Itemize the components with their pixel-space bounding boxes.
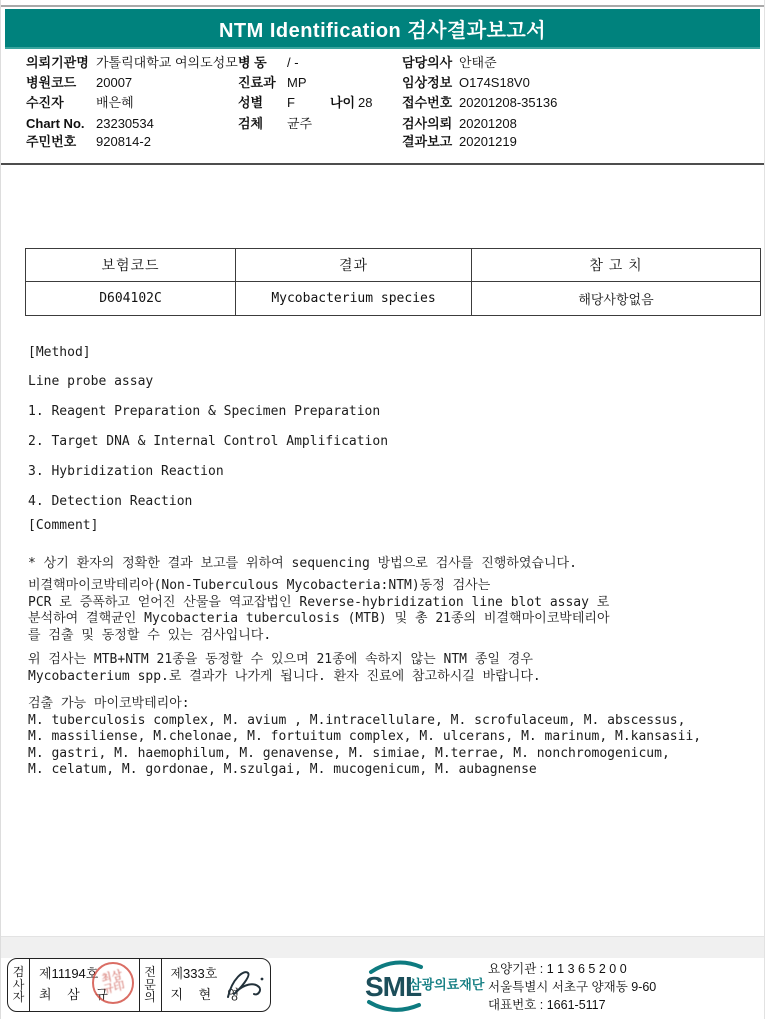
seal-ink: 최삼규印 bbox=[97, 970, 127, 997]
field-value-report-date: 20201219 bbox=[459, 134, 517, 149]
header-insurance-code: 보험코드 bbox=[26, 249, 236, 282]
header-divider bbox=[1, 163, 764, 165]
org-info-line: 대표번호 : 1661-5117 bbox=[488, 996, 656, 1014]
result-table-data-row: D604102C Mycobacterium species 해당사항없음 bbox=[26, 282, 761, 316]
method-intro: Line probe assay bbox=[28, 374, 153, 389]
comment-line: PCR 로 증폭하고 얻어진 산물을 역교잡법인 Reverse-hybridi… bbox=[28, 595, 610, 612]
field-value-institution: 가톨릭대학교 여의도성모병 bbox=[96, 55, 250, 70]
field-label-sex: 성별 bbox=[238, 95, 263, 110]
specialist-cert-cell: 제333호 지 현 영 bbox=[162, 959, 271, 1011]
examiner-cert-cell: 제11194호 최 삼 규 최삼규印 bbox=[30, 959, 140, 1011]
field-value-patient: 배은혜 bbox=[96, 95, 134, 110]
field-value-clinical-info: O174S18V0 bbox=[459, 75, 530, 90]
cell-reference: 해당사항없음 bbox=[472, 282, 761, 316]
field-value-department: MP bbox=[287, 75, 307, 90]
field-label-department: 진료과 bbox=[238, 75, 276, 90]
examiner-role-label: 검사자 bbox=[12, 966, 25, 1005]
field-label-specimen: 검체 bbox=[238, 116, 263, 131]
comment-line: 를 검출 및 동정할 수 있는 검사입니다. bbox=[28, 628, 610, 645]
signature-box: 검사자 제11194호 최 삼 규 최삼규印 전문의 제333호 지 현 영 bbox=[7, 958, 271, 1012]
comment-line: 위 검사는 MTB+NTM 21종을 동정할 수 있으며 21종에 속하지 않는… bbox=[28, 652, 541, 669]
report-page: NTM Identification 검사결과보고서 의뢰기관명 가톨릭대학교 … bbox=[0, 0, 765, 1019]
field-value-resident-no: 920814-2 bbox=[96, 134, 151, 149]
field-value-doctor: 안태준 bbox=[459, 55, 497, 70]
header-result: 결과 bbox=[236, 249, 472, 282]
field-label-clinical-info: 임상정보 bbox=[402, 75, 452, 90]
specialist-role-label: 전문의 bbox=[144, 966, 157, 1005]
field-label-report-date: 결과보고 bbox=[402, 134, 452, 149]
comment-paragraph-scope: 위 검사는 MTB+NTM 21종을 동정할 수 있으며 21종에 속하지 않는… bbox=[28, 652, 541, 685]
field-label-ward: 병 동 bbox=[238, 55, 267, 70]
method-heading: [Method] bbox=[28, 345, 91, 360]
comment-line: M. massiliense, M.chelonae, M. fortuitum… bbox=[28, 729, 701, 746]
method-step: 4. Detection Reaction bbox=[28, 494, 192, 509]
field-value-chart-no: 23230534 bbox=[96, 116, 154, 131]
field-label-institution: 의뢰기관명 bbox=[26, 55, 89, 70]
comment-line: 비결핵마이코박테리아(Non-Tuberculous Mycobacteria:… bbox=[28, 578, 610, 595]
field-label-accession-no: 접수번호 bbox=[402, 95, 452, 110]
field-value-sex: F bbox=[287, 95, 295, 110]
field-label-doctor: 담당의사 bbox=[402, 55, 452, 70]
cell-result: Mycobacterium species bbox=[236, 282, 472, 316]
field-value-ward: / - bbox=[287, 55, 299, 70]
comment-line: Mycobacterium spp.로 결과가 나가게 됩니다. 환자 진료에 … bbox=[28, 669, 541, 686]
footer-separator-band bbox=[1, 936, 764, 958]
comment-line: M. tuberculosis complex, M. avium , M.in… bbox=[28, 713, 701, 730]
field-value-hospital-code: 20007 bbox=[96, 75, 132, 90]
field-value-order-date: 20201208 bbox=[459, 116, 517, 131]
field-value-age: 28 bbox=[358, 95, 372, 110]
field-label-age: 나이 bbox=[330, 95, 355, 110]
comment-paragraph-assay: 비결핵마이코박테리아(Non-Tuberculous Mycobacteria:… bbox=[28, 578, 610, 644]
org-info-line: 요양기관 : 1 1 3 6 5 2 0 0 bbox=[488, 960, 656, 978]
cell-insurance-code: D604102C bbox=[26, 282, 236, 316]
patient-info-block: 의뢰기관명 가톨릭대학교 여의도성모병 병원코드 20007 수진자 배은혜 C… bbox=[1, 0, 764, 170]
field-label-hospital-code: 병원코드 bbox=[26, 75, 76, 90]
specialist-role-cell: 전문의 bbox=[140, 959, 162, 1011]
field-label-resident-no: 주민번호 bbox=[26, 134, 76, 149]
header-reference: 참 고 치 bbox=[472, 249, 761, 282]
field-label-patient: 수진자 bbox=[26, 95, 64, 110]
comment-line: 검출 가능 마이코박테리아: bbox=[28, 696, 701, 713]
examiner-role-cell: 검사자 bbox=[8, 959, 30, 1011]
comment-heading: [Comment] bbox=[28, 518, 98, 533]
sml-org-name: 삼광의료재단 bbox=[409, 974, 499, 993]
comment-line: M. gastri, M. haemophilum, M. genavense,… bbox=[28, 746, 701, 763]
comment-note: * 상기 환자의 정확한 결과 보고를 위하여 sequencing 방법으로 … bbox=[28, 552, 577, 571]
result-table: 보험코드 결과 참 고 치 D604102C Mycobacterium spe… bbox=[25, 248, 761, 316]
field-value-specimen: 균주 bbox=[287, 116, 312, 131]
examiner-seal-stamp-icon: 최삼규印 bbox=[92, 962, 134, 1004]
field-value-accession-no: 20201208-35136 bbox=[459, 95, 557, 110]
comment-line: M. celatum, M. gordonae, M.szulgai, M. m… bbox=[28, 762, 701, 779]
method-step: 2. Target DNA & Internal Control Amplifi… bbox=[28, 434, 388, 449]
method-step: 3. Hybridization Reaction bbox=[28, 464, 224, 479]
method-step: 1. Reagent Preparation & Specimen Prepar… bbox=[28, 404, 380, 419]
field-label-order-date: 검사의뢰 bbox=[402, 116, 452, 131]
org-info-line: 서울특별시 서초구 양재동 9-60 bbox=[488, 978, 656, 996]
comment-line: 분석하여 결핵균인 Mycobacteria tuberculosis (MTB… bbox=[28, 611, 610, 628]
specialist-signature-icon bbox=[222, 963, 268, 1007]
result-table-header-row: 보험코드 결과 참 고 치 bbox=[26, 249, 761, 282]
comment-paragraph-species: 검출 가능 마이코박테리아: M. tuberculosis complex, … bbox=[28, 696, 701, 779]
org-info-block: 요양기관 : 1 1 3 6 5 2 0 0 서울특별시 서초구 양재동 9-6… bbox=[488, 960, 656, 1014]
field-label-chart-no: Chart No. bbox=[26, 116, 85, 131]
